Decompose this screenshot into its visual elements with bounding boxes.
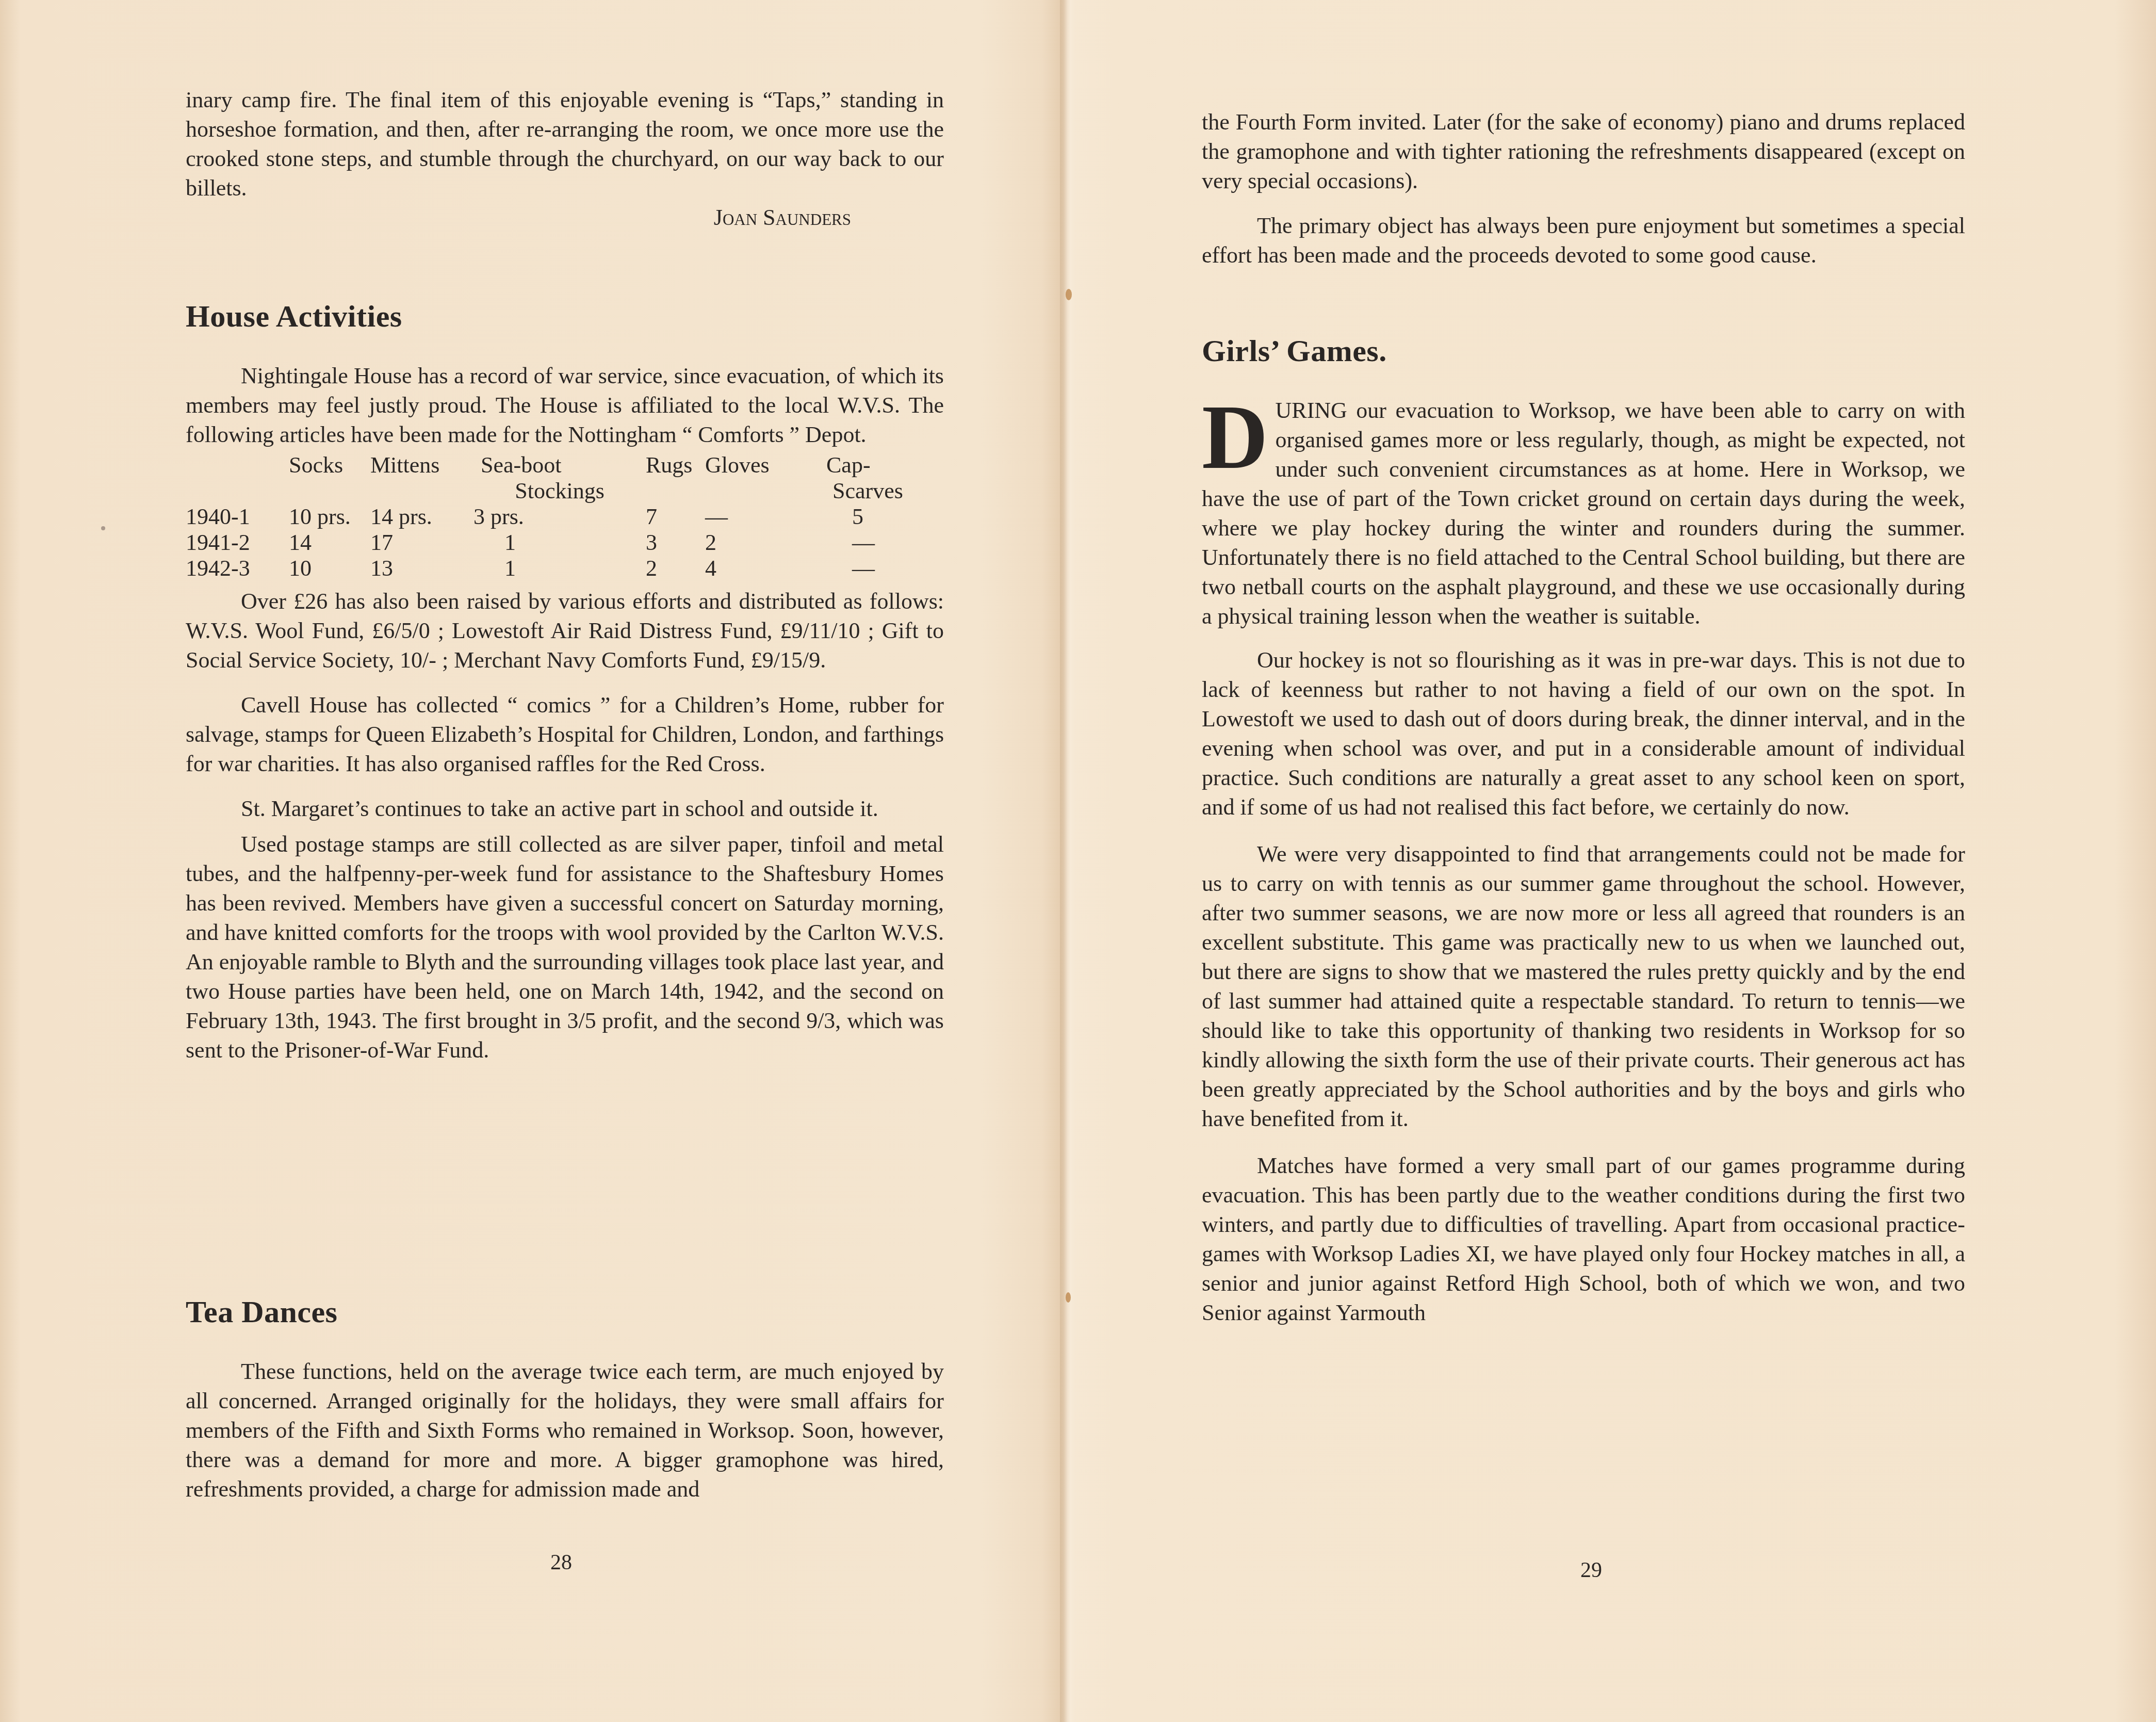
table-header: Sea-boot: [473, 452, 646, 478]
girls-games-section: Girls’ Games. DURING our evacuation to W…: [1202, 333, 1965, 1327]
table-cell: 3: [646, 530, 705, 556]
paragraph-text: URING our evacuation to Worksop, we have…: [1202, 398, 1965, 629]
table-header: [370, 478, 473, 504]
table-cell: 1941-2: [186, 530, 289, 556]
section-heading: Girls’ Games.: [1202, 333, 1965, 369]
table-header: [289, 478, 370, 504]
table-header: [705, 478, 826, 504]
section-heading: Tea Dances: [186, 1294, 944, 1330]
table-cell: 2: [705, 530, 826, 556]
page-number: 28: [530, 1550, 592, 1575]
table-header-row: Stockings Scarves: [186, 478, 903, 504]
table-cell: 13: [370, 556, 473, 581]
table-header: Stockings: [473, 478, 646, 504]
body-paragraph: We were very disappointed to find that a…: [1202, 839, 1965, 1133]
table-header: Cap-: [826, 452, 903, 478]
book-spread: inary camp fire. The final item of this …: [0, 0, 2156, 1722]
body-paragraph: the Fourth Form invited. Later (for the …: [1202, 107, 1965, 196]
table-header: Rugs: [646, 452, 705, 478]
table-cell: 4: [705, 556, 826, 581]
body-paragraph: Nightingale House has a record of war se…: [186, 361, 944, 449]
table-header: [186, 452, 289, 478]
tea-dances-section: Tea Dances These functions, held on the …: [186, 1294, 944, 1504]
table-header: [186, 478, 289, 504]
body-paragraph: St. Margaret’s continues to take an acti…: [186, 794, 944, 823]
table-row: 1942-3 10 13 1 2 4 —: [186, 556, 903, 581]
section-heading: House Activities: [186, 298, 944, 334]
table-cell: 17: [370, 530, 473, 556]
book-gutter: [1060, 0, 1075, 1722]
table-cell: 14: [289, 530, 370, 556]
table-cell: 1942-3: [186, 556, 289, 581]
body-paragraph: Our hockey is not so flourishing as it w…: [1202, 645, 1965, 822]
table-cell: 1: [473, 530, 646, 556]
drop-cap: D: [1202, 401, 1268, 473]
body-paragraph: Cavell House has collected “ comics ” fo…: [186, 690, 944, 778]
body-paragraph: Matches have formed a very small part of…: [1202, 1151, 1965, 1327]
table-header: [646, 478, 705, 504]
table-cell: —: [705, 504, 826, 530]
left-page: inary camp fire. The final item of this …: [186, 0, 944, 1722]
table-cell: 10: [289, 556, 370, 581]
body-paragraph: Used postage stamps are still collected …: [186, 830, 944, 1065]
table-cell: 1: [473, 556, 646, 581]
table-header: Scarves: [826, 478, 903, 504]
table-cell: 14 prs.: [370, 504, 473, 530]
body-paragraph-dropcap: DURING our evacuation to Worksop, we hav…: [1202, 396, 1965, 631]
table-row: 1941-2 14 17 1 3 2 —: [186, 530, 903, 556]
table-cell: 5: [826, 504, 903, 530]
table-cell: —: [826, 530, 903, 556]
body-paragraph: These functions, held on the average twi…: [186, 1357, 944, 1504]
table-cell: 1940-1: [186, 504, 289, 530]
body-paragraph: inary camp fire. The final item of this …: [186, 85, 944, 203]
right-page: the Fourth Form invited. Later (for the …: [1202, 0, 1965, 1722]
foxing-spot: [1066, 1292, 1071, 1303]
table-row: 1940-1 10 prs. 14 prs. 3 prs. 7 — 5: [186, 504, 903, 530]
table-header: Gloves: [705, 452, 826, 478]
comforts-table: Socks Mittens Sea-boot Rugs Gloves Cap- …: [186, 452, 903, 581]
table-header-row: Socks Mittens Sea-boot Rugs Gloves Cap-: [186, 452, 903, 478]
body-paragraph: The primary object has always been pure …: [1202, 211, 1965, 270]
tea-dances-continued: the Fourth Form invited. Later (for the …: [1202, 107, 1965, 270]
table-cell: —: [826, 556, 903, 581]
continued-article: inary camp fire. The final item of this …: [186, 85, 944, 232]
page-number: 29: [1560, 1558, 1622, 1583]
table-cell: 10 prs.: [289, 504, 370, 530]
table-cell: 2: [646, 556, 705, 581]
body-paragraph: Over £26 has also been raised by various…: [186, 587, 944, 675]
foxing-spot: [1066, 289, 1072, 300]
author-signature: Joan Saunders: [186, 203, 944, 232]
table-cell: 3 prs.: [473, 504, 646, 530]
table-cell: 7: [646, 504, 705, 530]
house-activities-section: House Activities Nightingale House has a…: [186, 298, 944, 1065]
table-header: Socks: [289, 452, 370, 478]
table-header: Mittens: [370, 452, 473, 478]
foxing-spot: [101, 526, 105, 530]
